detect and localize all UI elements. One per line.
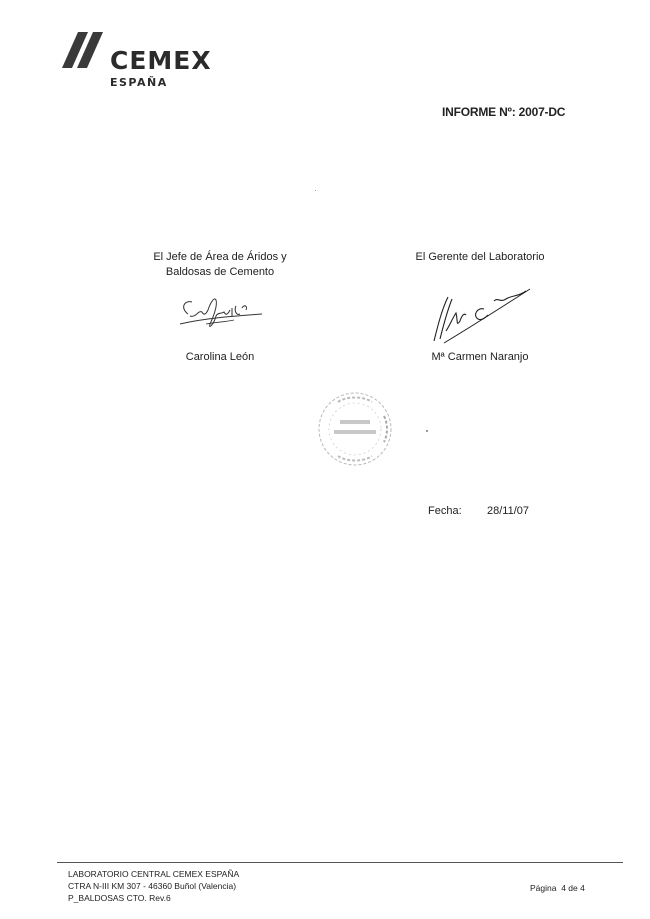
date-label: Fecha: [428,505,462,517]
signer-name-right: Mª Carmen Naranjo [400,350,560,365]
scan-speck [426,430,428,432]
signer-title-line1: El Jefe de Área de Áridos y [130,250,310,265]
signer-name-left: Carolina León [130,350,310,365]
footer-lab-name: LABORATORIO CENTRAL CEMEX ESPAÑA [68,868,239,880]
report-number: INFORME Nº: 2007-DC [442,105,565,119]
footer-address-line: CTRA N-III KM 307 - 46360 Buñol (Valenci… [68,880,239,892]
logo-brand-text: CEMEX [110,46,212,75]
signature-block-left: El Jefe de Área de Áridos y Baldosas de … [130,250,310,365]
logo-subbrand-text: ESPAÑA [110,76,168,89]
date-value: 28/11/07 [487,505,529,517]
footer-document-code: P_BALDOSAS CTO. Rev.6 [68,892,239,904]
signature-block-right: El Gerente del Laboratorio Mª Carmen Nar… [400,250,560,365]
handwritten-signature-icon [176,294,266,334]
handwritten-signature-icon [426,285,536,345]
cemex-logo: CEMEX ESPAÑA [62,32,202,92]
page-number: Página 4 de 4 [530,883,585,893]
signer-title: El Gerente del Laboratorio [400,250,560,265]
laboratory-seal-stamp-icon [316,390,394,468]
cemex-slash-logo-icon [62,32,110,68]
signer-title-line2: Baldosas de Cemento [130,265,310,280]
scan-speck [315,190,316,191]
footer-divider [57,862,623,863]
footer-address: LABORATORIO CENTRAL CEMEX ESPAÑA CTRA N-… [68,868,239,904]
